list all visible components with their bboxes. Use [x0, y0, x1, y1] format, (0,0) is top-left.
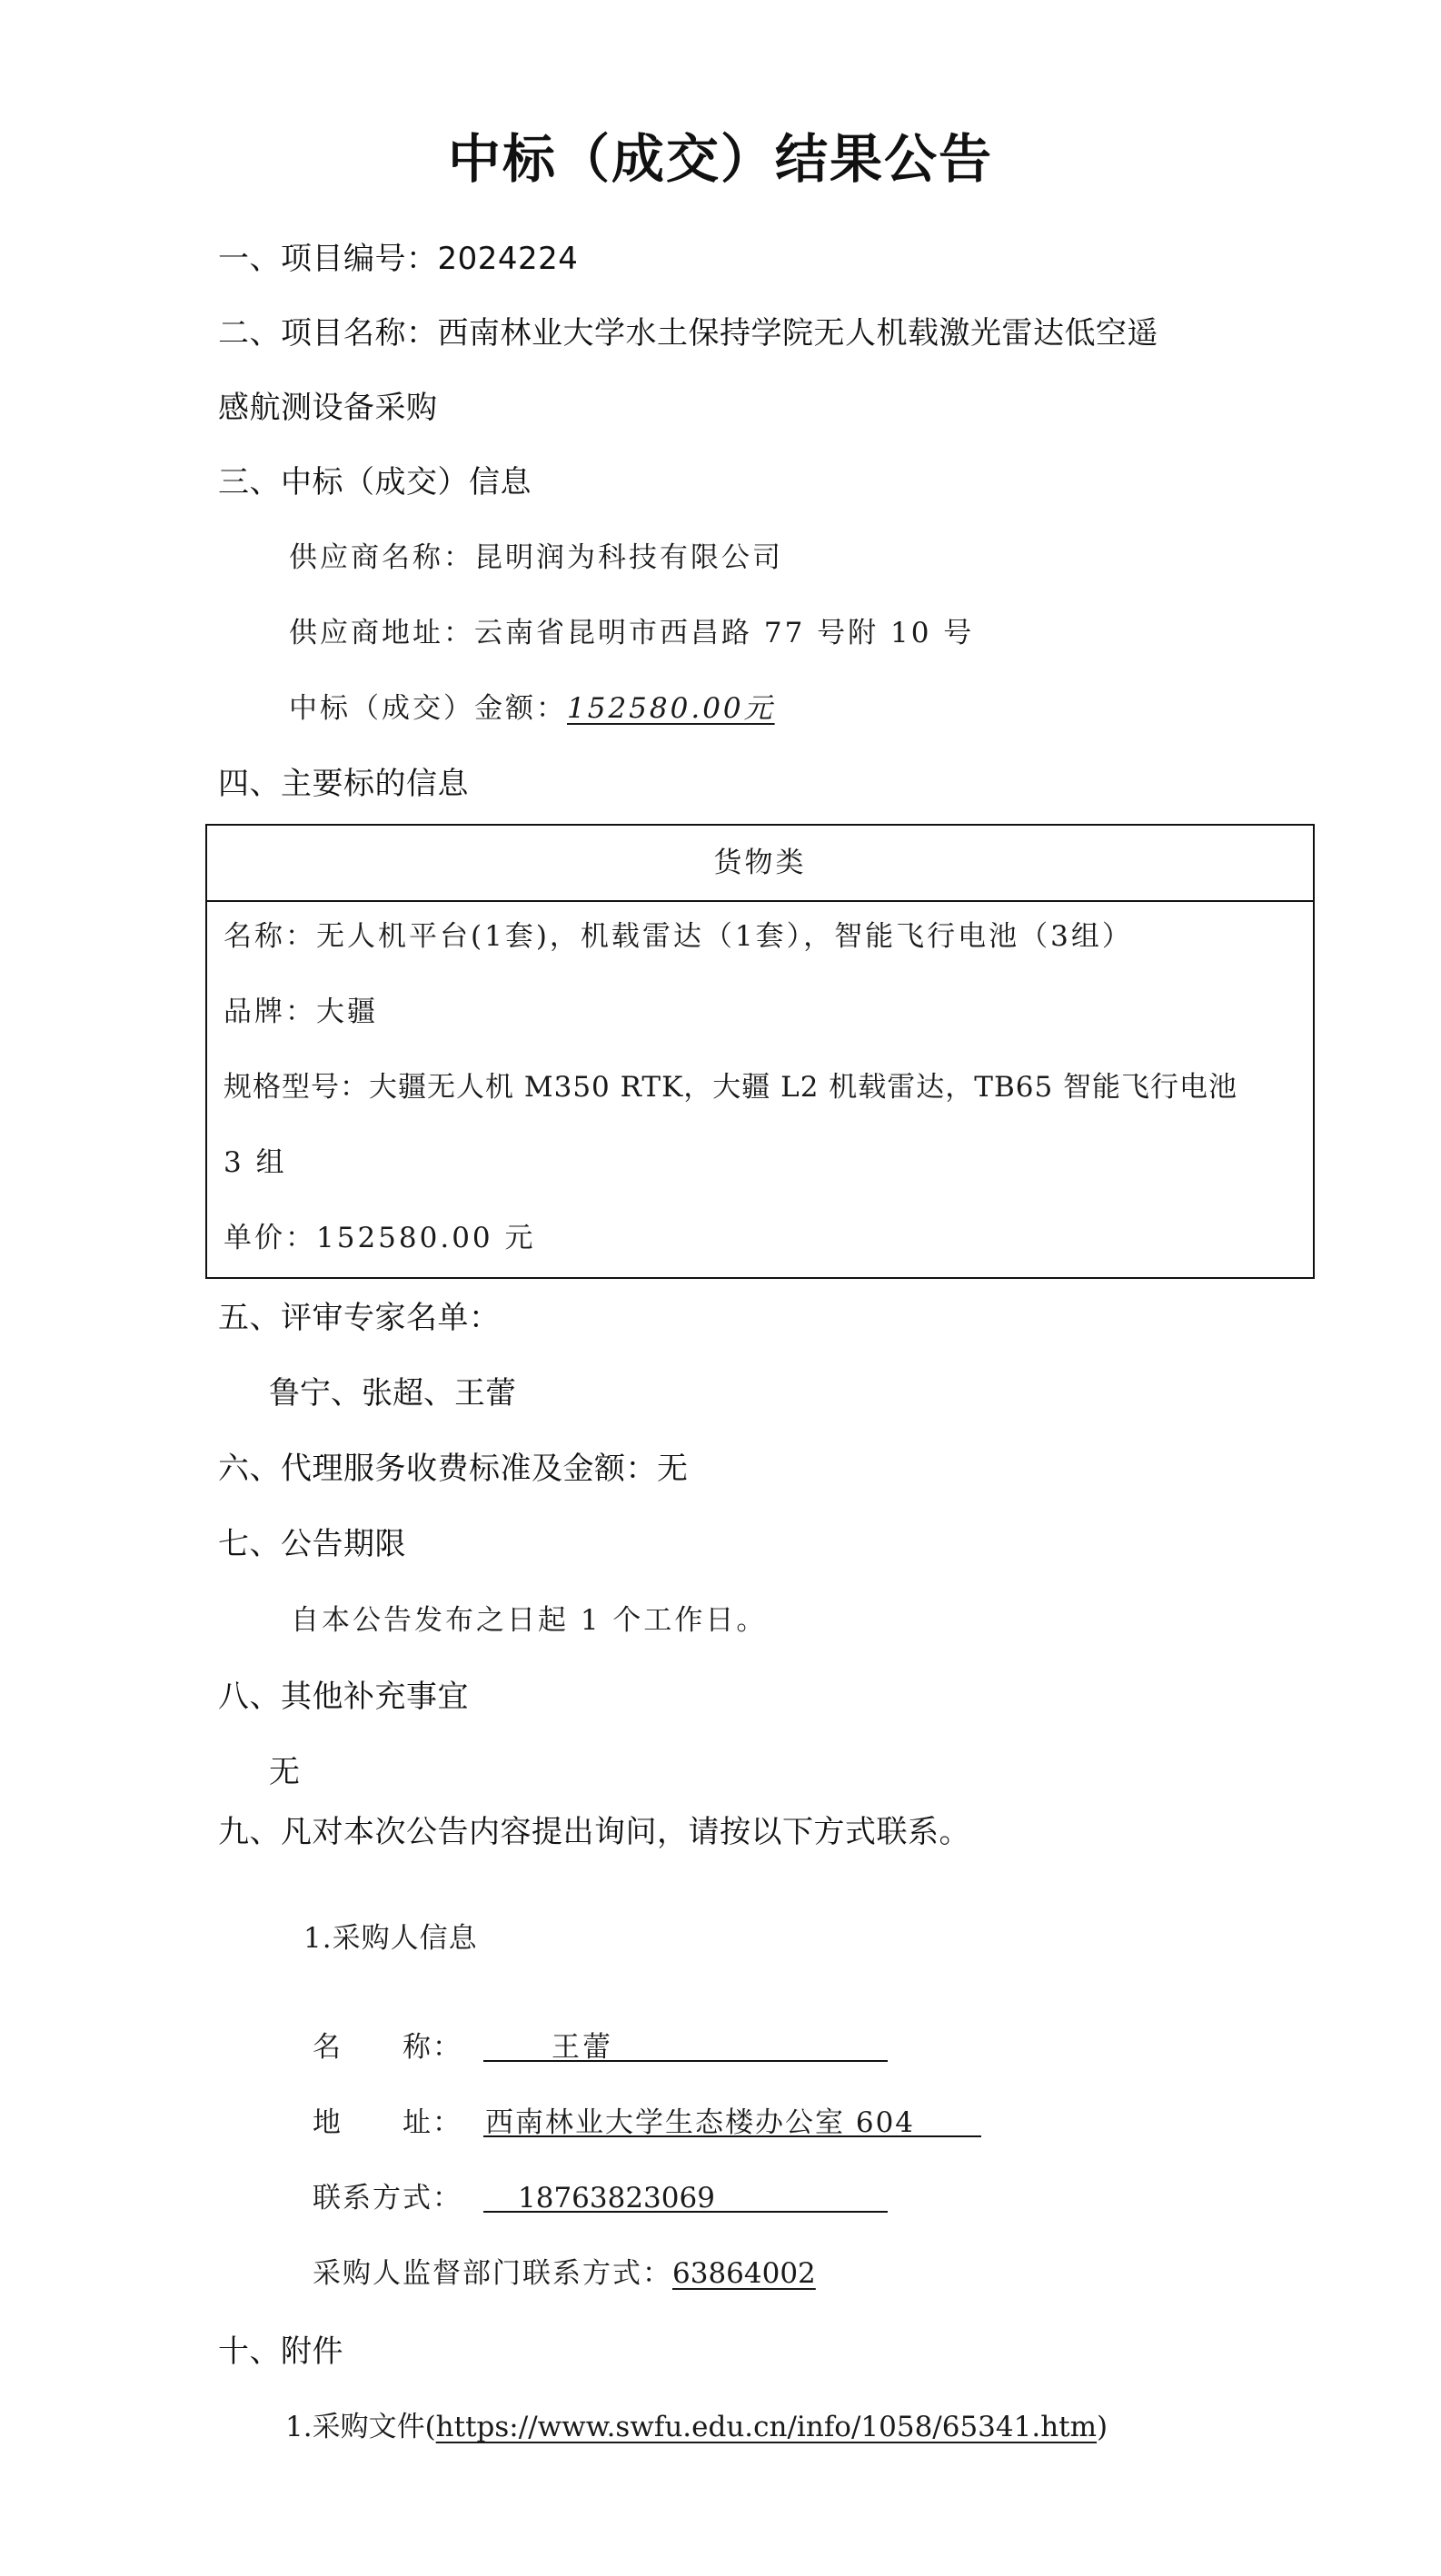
- agency-fee-value: 无: [657, 1451, 689, 1487]
- section-experts-heading: 五、评审专家名单：: [218, 1297, 501, 1339]
- supervisor-contact-label: 采购人监督部门联系方式：: [313, 2257, 672, 2290]
- purchaser-name-underline: [483, 2060, 888, 2062]
- purchaser-name-label: 名 称：: [313, 2027, 462, 2067]
- expert-list: 鲁宁、张超、王蕾: [269, 1372, 516, 1414]
- section-other-matters-heading: 八、其他补充事宜: [218, 1676, 469, 1718]
- brand-label: 品牌：: [224, 996, 316, 1028]
- project-number-value: 2024224: [438, 241, 579, 277]
- section-subject-info-heading: 四、主要标的信息: [218, 763, 469, 805]
- supplier-name-label: 供应商名称：: [289, 541, 474, 574]
- section-contact-heading: 九、凡对本次公告内容提出询问，请按以下方式联系。: [218, 1811, 970, 1853]
- project-name-label: 二、项目名称：: [218, 315, 438, 352]
- project-number-label: 一、项目编号：: [218, 241, 438, 277]
- table-row-model-line2: 3 组: [224, 1143, 287, 1183]
- supplier-address: 供应商地址：云南省昆明市西昌路 77 号附 10 号: [289, 613, 974, 653]
- attachment-suffix: ): [1097, 2411, 1108, 2443]
- supervisor-contact: 采购人监督部门联系方式：63864002: [313, 2254, 816, 2294]
- purchaser-contact-label: 联系方式：: [313, 2178, 462, 2218]
- supplier-address-label: 供应商地址：: [289, 617, 474, 649]
- project-name-line2: 感航测设备采购: [218, 387, 438, 429]
- table-header: 货物类: [207, 826, 1313, 902]
- supplier-address-value: 云南省昆明市西昌路 77 号附 10 号: [474, 617, 974, 649]
- other-matters-text: 无: [269, 1751, 300, 1793]
- purchaser-address-label: 地 址：: [313, 2103, 462, 2143]
- model-label: 规格型号：: [224, 1071, 369, 1104]
- supplier-name: 供应商名称：昆明润为科技有限公司: [289, 538, 783, 578]
- supplier-name-value: 昆明润为科技有限公司: [474, 541, 783, 574]
- table-row-brand: 品牌：大疆: [224, 992, 378, 1032]
- purchaser-info-subheading: 1.采购人信息: [303, 1918, 478, 1958]
- notice-period-text: 自本公告发布之日起 1 个工作日。: [291, 1600, 767, 1640]
- section-attachments-heading: 十、附件: [218, 2331, 343, 2373]
- brand-value: 大疆: [316, 996, 378, 1028]
- attachment-link[interactable]: https://www.swfu.edu.cn/info/1058/65341.…: [436, 2411, 1097, 2443]
- table-row-model: 规格型号：大疆无人机 M350 RTK，大疆 L2 机载雷达，TB65 智能飞行…: [224, 1067, 1237, 1107]
- section-notice-period-heading: 七、公告期限: [218, 1523, 406, 1565]
- award-amount-value: 152580.00元: [567, 692, 775, 725]
- model-value-line1: 大疆无人机 M350 RTK，大疆 L2 机载雷达，TB65 智能飞行电池: [369, 1071, 1237, 1104]
- purchaser-address-underline: [483, 2135, 981, 2137]
- project-name: 二、项目名称：西南林业大学水土保持学院无人机载激光雷达低空遥: [218, 312, 1158, 354]
- project-name-value-line1: 西南林业大学水土保持学院无人机载激光雷达低空遥: [438, 315, 1159, 352]
- table-row-unit-price: 单价：152580.00 元: [224, 1218, 536, 1258]
- page-title: 中标（成交）结果公告: [0, 125, 1441, 193]
- project-number: 一、项目编号：2024224: [218, 238, 578, 280]
- purchaser-contact-underline: [483, 2211, 888, 2213]
- attachment-prefix: 1.采购文件(: [285, 2411, 436, 2443]
- agency-fee: 六、代理服务收费标准及金额：无: [218, 1448, 689, 1490]
- unit-price-value: 152580.00 元: [316, 1222, 536, 1254]
- item-name-label: 名称：: [224, 920, 316, 953]
- table-header-goods: 货物类: [714, 843, 807, 883]
- section-award-info-heading: 三、中标（成交）信息: [218, 461, 532, 503]
- attachment-item: 1.采购文件(https://www.swfu.edu.cn/info/1058…: [285, 2407, 1108, 2447]
- subject-info-table: 货物类 名称：无人机平台(1套)，机载雷达（1套），智能飞行电池（3组） 品牌：…: [205, 824, 1315, 1279]
- agency-fee-label: 六、代理服务收费标准及金额：: [218, 1451, 657, 1487]
- table-row-name: 名称：无人机平台(1套)，机载雷达（1套），智能飞行电池（3组）: [224, 916, 1133, 956]
- item-name-value: 无人机平台(1套)，机载雷达（1套），智能飞行电池（3组）: [316, 920, 1133, 953]
- award-amount-label: 中标（成交）金额：: [289, 692, 567, 725]
- unit-price-label: 单价：: [224, 1222, 316, 1254]
- supervisor-contact-value: 63864002: [672, 2257, 816, 2290]
- award-amount: 中标（成交）金额：152580.00元: [289, 689, 775, 728]
